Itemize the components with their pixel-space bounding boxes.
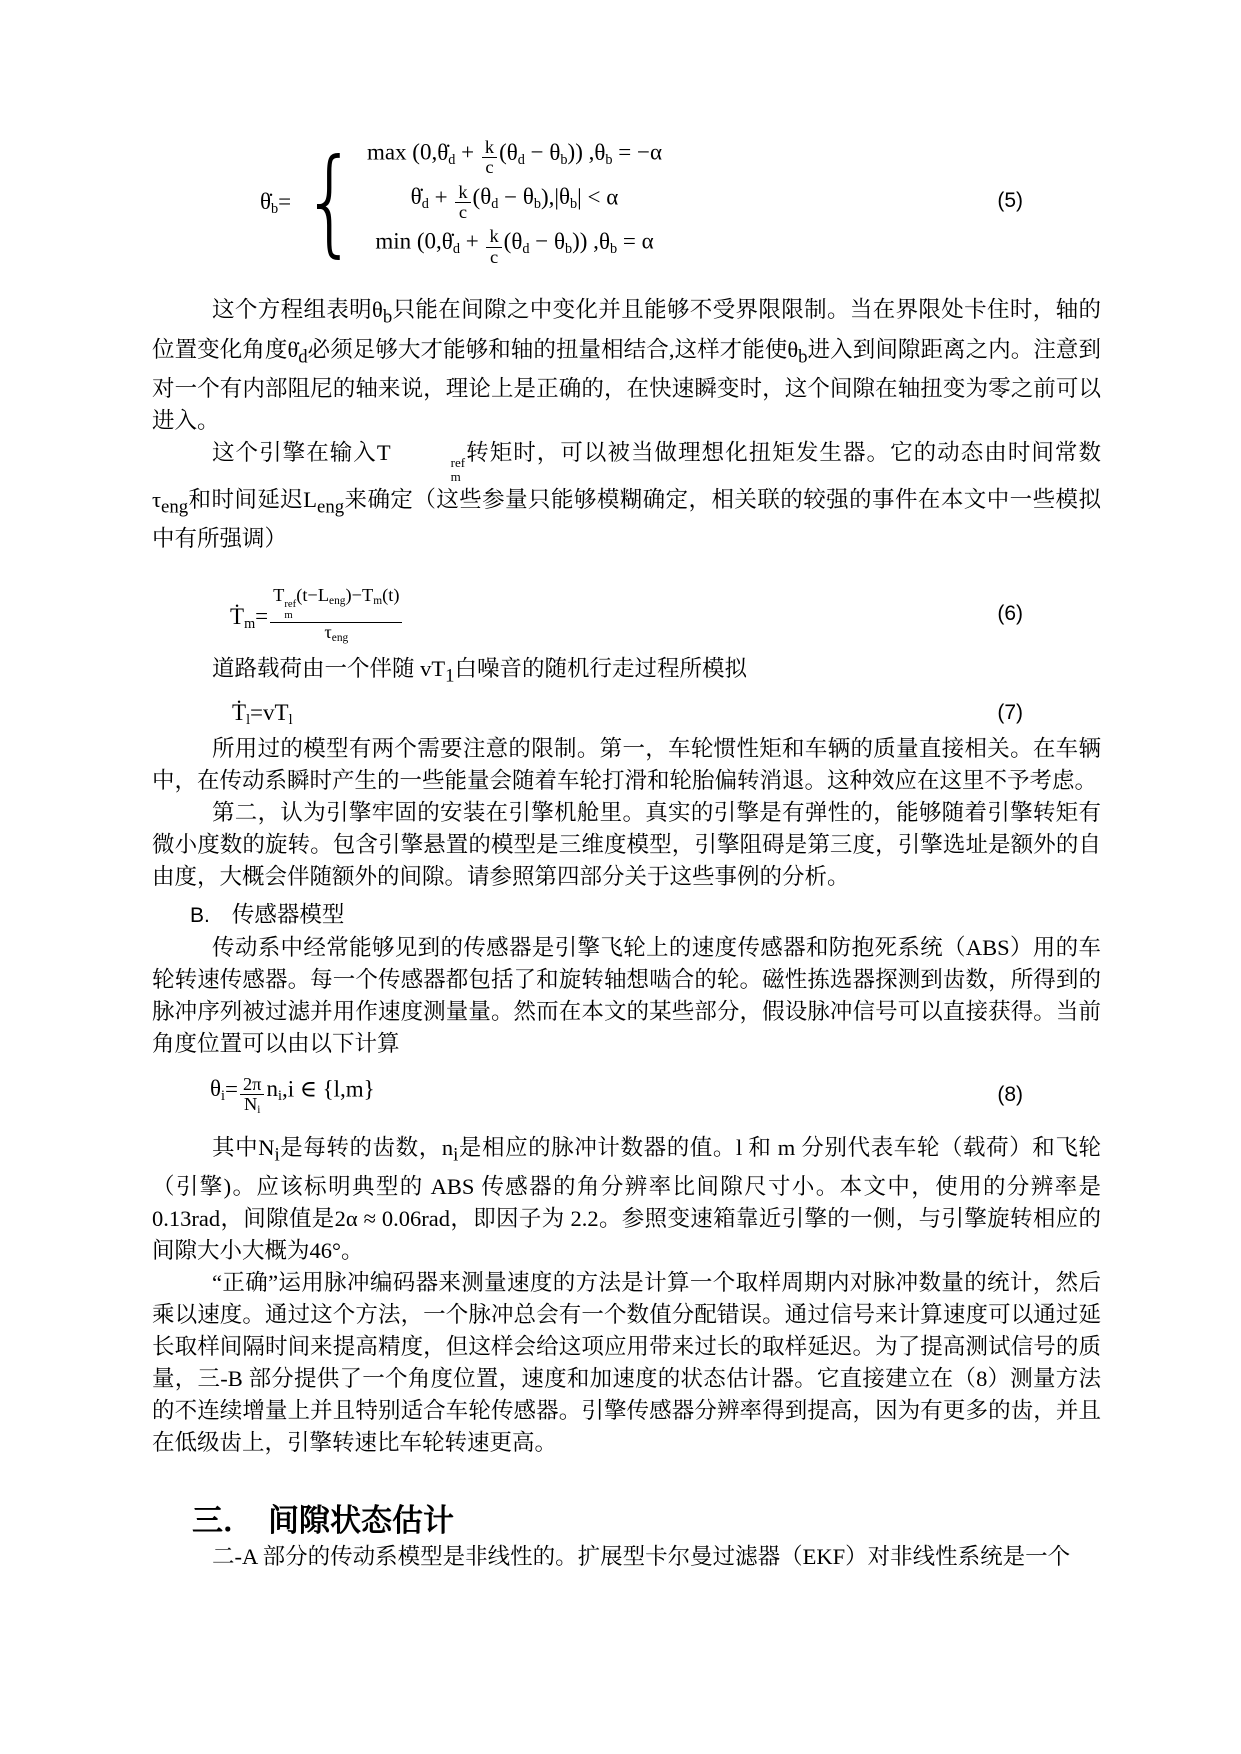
paragraph-model-limitation-2: 第二，认为引擎牢固的安装在引擎机舱里。真实的引擎是有弹性的，能够随着引擎转矩有微… xyxy=(152,797,1101,893)
section-heading-sensor-label: B. xyxy=(190,904,210,927)
section-heading-sensor-title: 传感器模型 xyxy=(232,902,345,927)
equation-8: θi=2πNini,i ∈ {l,m} (8) xyxy=(152,1064,1101,1126)
paragraph-encoder-measurement: “正确”运用脉冲编码器来测量速度的方法是计算一个取样周期内对脉冲数量的统计，然后… xyxy=(152,1267,1101,1459)
section-heading-backlash-state-estimation: 三．间隙状态估计 xyxy=(192,1501,1101,1541)
equation-5: θ̇b= { max (0,θ̇d + kc(θd − θb)) ,θb = −… xyxy=(152,138,1101,264)
document-page: θ̇b= { max (0,θ̇d + kc(θd − θb)) ,θb = −… xyxy=(0,0,1241,1754)
equation-8-number: (8) xyxy=(997,1083,1023,1107)
section3-number: 三． xyxy=(192,1503,254,1538)
equation-5-number: (5) xyxy=(997,189,1023,213)
equation-8-body: θi=2πNini,i ∈ {l,m} xyxy=(210,1075,375,1115)
equation-5-case-2: θ̇d + kc(θd − θb),|θb| < α xyxy=(411,183,619,223)
paragraph-road-load: 道路载荷由一个伴随 vT1白噪音的随机行走过程所模拟 xyxy=(152,653,1101,693)
paragraph-engine-torque: 这个引擎在输入Trefm转矩时，可以被当做理想化扭矩发生器。它的动态由时间常数τ… xyxy=(152,437,1101,555)
equation-7-number: (7) xyxy=(997,701,1023,725)
paragraph-backlash-explanation: 这个方程组表明θb只能在间隙之中变化并且能够不受界限限制。当在界限处卡住时，轴的… xyxy=(152,294,1101,437)
equation-5-case-1: max (0,θ̇d + kc(θd − θb)) ,θb = −α xyxy=(367,138,662,178)
equation-6-body: Ṫm=Trefm(t−Leng)−Tm(t)τeng xyxy=(230,586,404,642)
equation-7: Ṫl=vTl (7) xyxy=(152,693,1101,733)
section-heading-sensor-model: B.传感器模型 xyxy=(152,899,1101,932)
equation-6: Ṫm=Trefm(t−Leng)−Tm(t)τeng (6) xyxy=(152,575,1101,653)
paragraph-sensors: 传动系中经常能够见到的传感器是引擎飞轮上的速度传感器和防抱死系统（ABS）用的车… xyxy=(152,932,1101,1060)
left-brace-glyph: { xyxy=(302,144,357,260)
paragraph-ekf-intro: 二-A 部分的传动系模型是非线性的。扩展型卡尔曼过滤器（EKF）对非线性系统是一… xyxy=(152,1541,1101,1573)
equation-5-body: θ̇b= { max (0,θ̇d + kc(θd − θb)) ,θb = −… xyxy=(260,138,1101,267)
equation-5-case-3: min (0,θ̇d + kc(θd − θb)) ,θb = α xyxy=(375,227,653,267)
equation-5-cases: max (0,θ̇d + kc(θd − θb)) ,θb = −α θ̇d +… xyxy=(367,138,662,267)
equation-5-lhs: θ̇b= xyxy=(260,189,291,215)
equation-7-body: Ṫl=vTl xyxy=(232,700,293,726)
paragraph-model-limitation-1: 所用过的模型有两个需要注意的限制。第一，车轮惯性矩和车辆的质量直接相关。在车辆中… xyxy=(152,733,1101,797)
equation-6-number: (6) xyxy=(997,602,1023,626)
paragraph-resolution: 其中Ni是每转的齿数，ni是相应的脉冲计数器的值。l 和 m 分别代表车轮（载荷… xyxy=(152,1132,1101,1268)
section3-title: 间隙状态估计 xyxy=(268,1503,454,1538)
